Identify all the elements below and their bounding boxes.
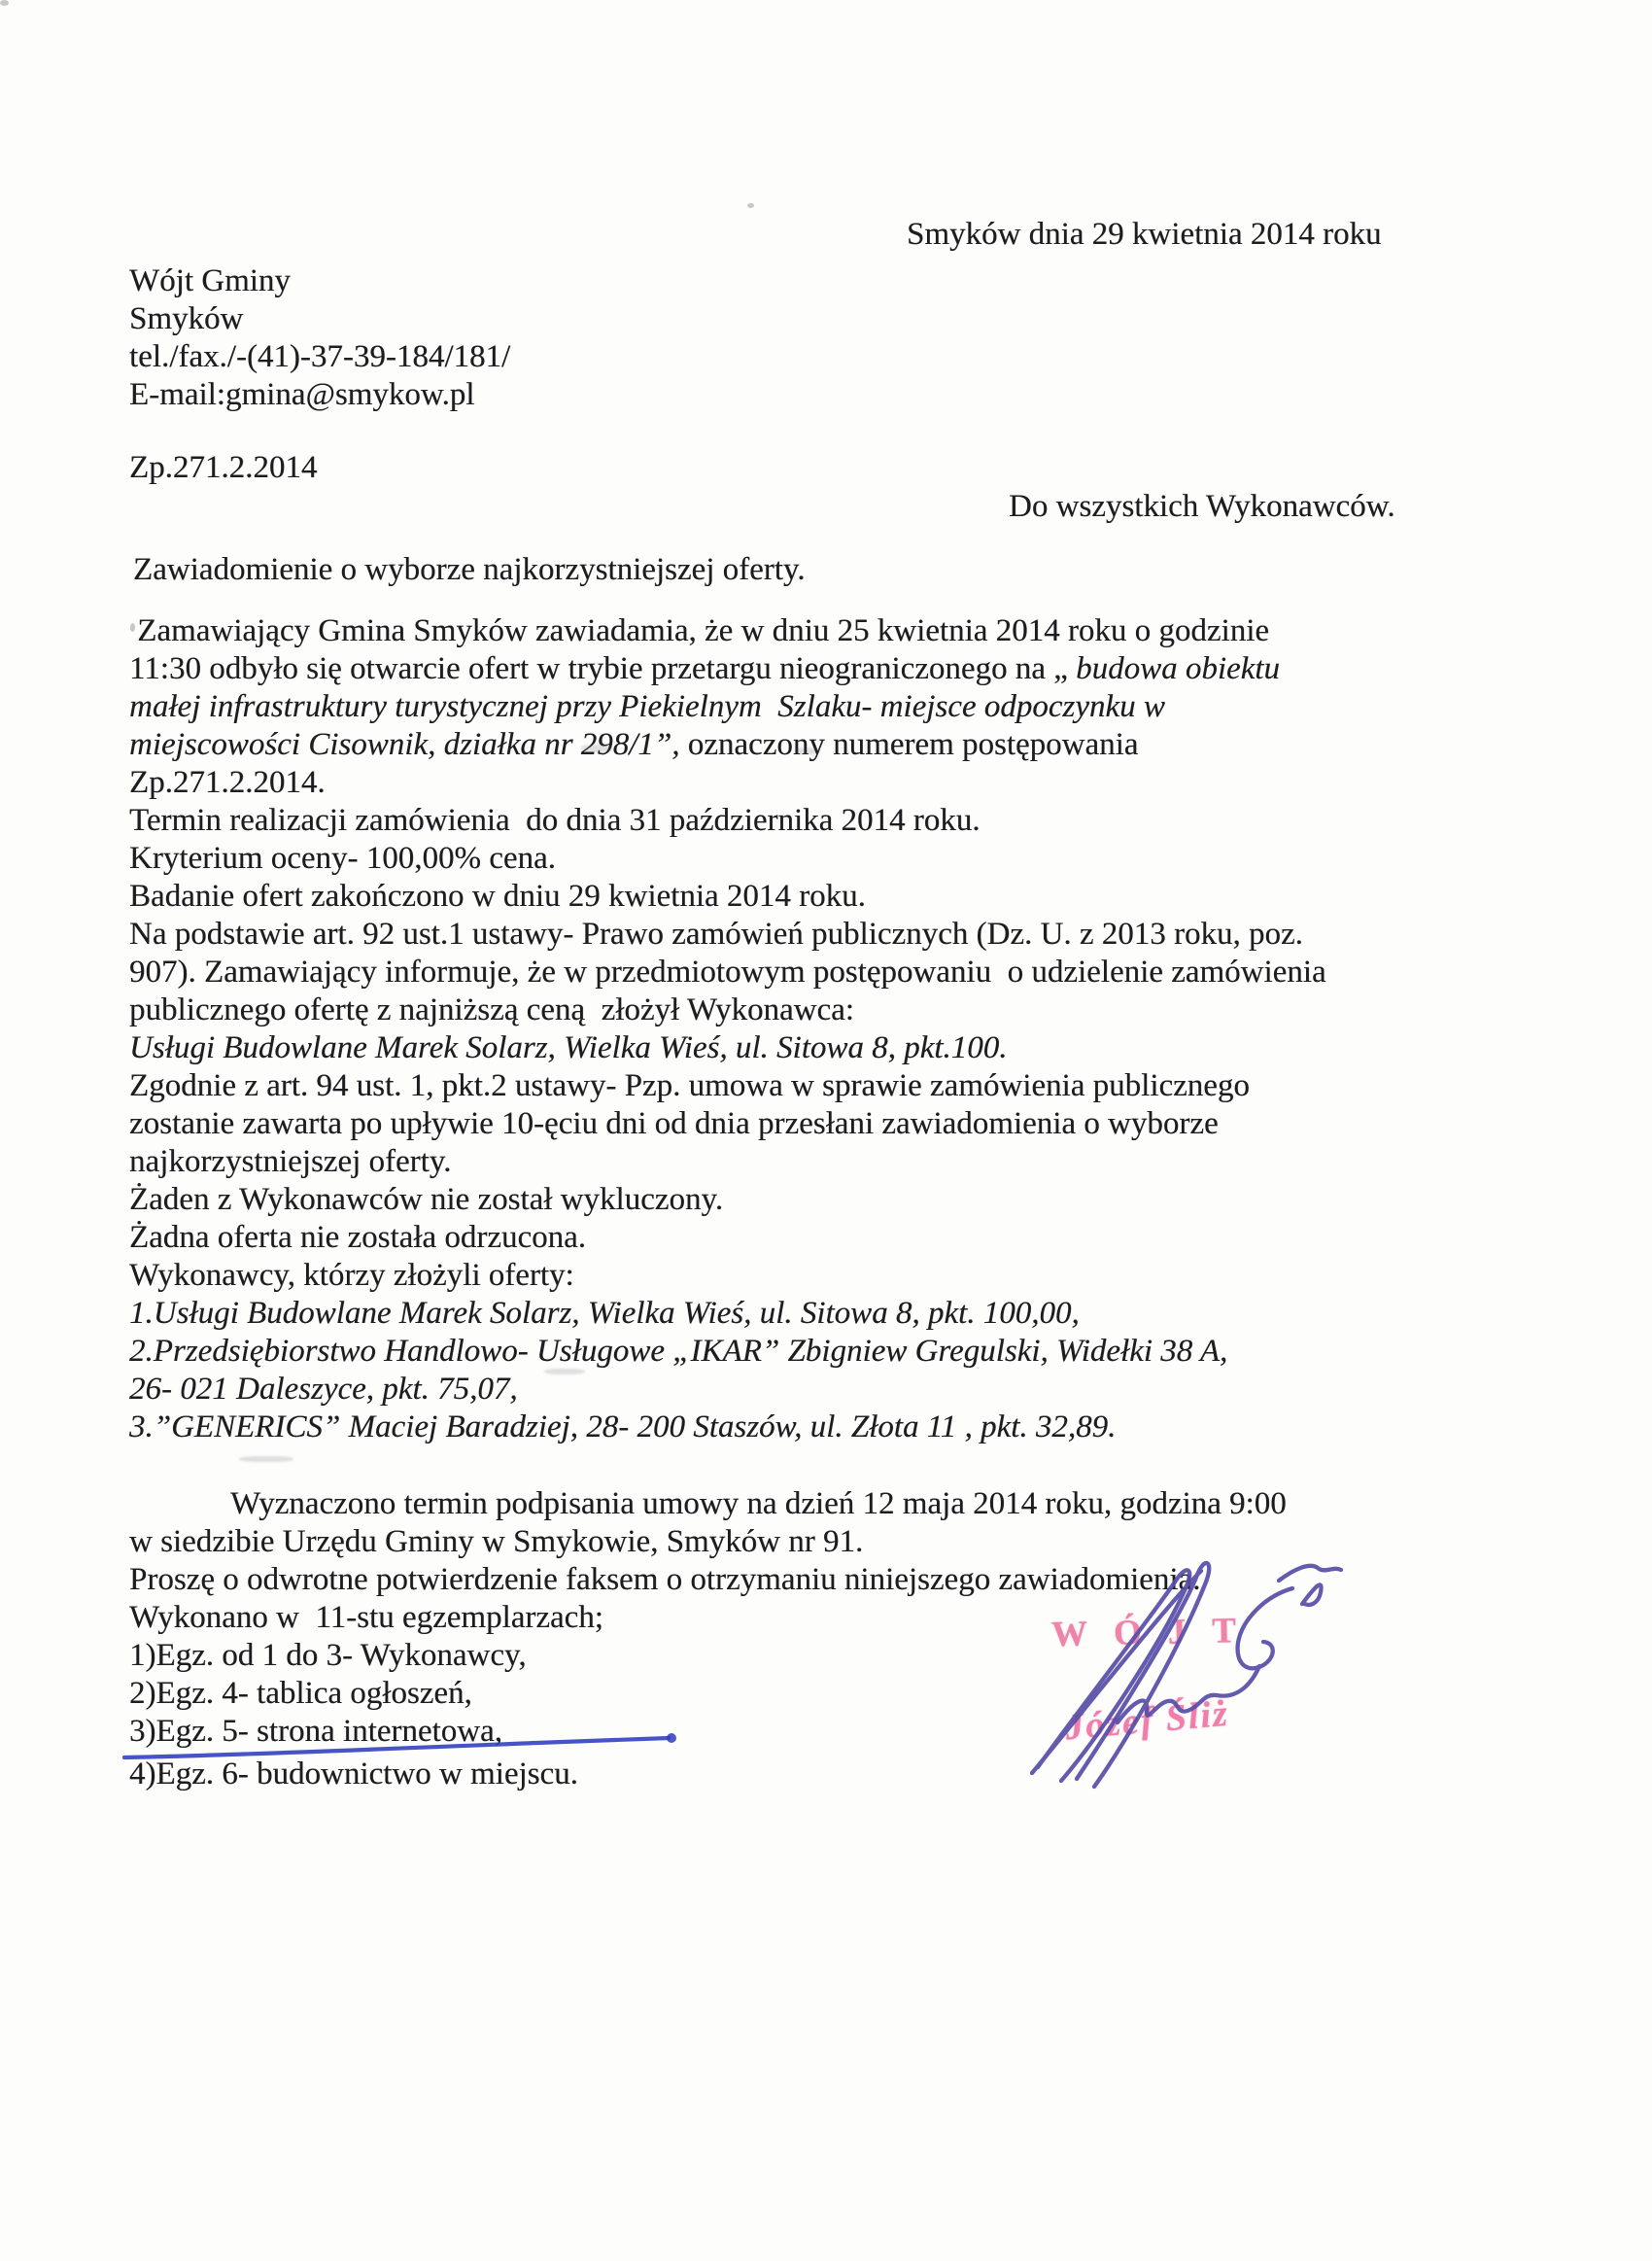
body-line: Usługi Budowlane Marek Solarz, Wielka Wi… — [129, 1029, 1606, 1067]
sender-line: tel./fax./-(41)-37-39-184/181/ — [129, 338, 510, 376]
scan-artifact — [581, 745, 612, 752]
body-line: Termin realizacji zamówienia do dnia 31 … — [129, 802, 1606, 840]
body-line: 907). Zamawiający informuje, że w przedm… — [129, 954, 1606, 991]
sender-block: Wójt Gminy Smyków tel./fax./-(41)-37-39-… — [129, 262, 510, 414]
body-line: 11:30 odbyło się otwarcie ofert w trybie… — [129, 650, 1606, 688]
scan-artifact — [0, 0, 9, 6]
scan-artifact — [130, 623, 135, 632]
scan-artifact — [544, 1369, 585, 1374]
date-line: Smyków dnia 29 kwietnia 2014 roku — [907, 216, 1382, 254]
body-line: Żadna oferta nie została odrzucona. — [129, 1219, 1606, 1257]
body-line: Zamawiający Gmina Smyków zawiadamia, że … — [129, 612, 1606, 650]
sender-line: Smyków — [129, 300, 510, 338]
closing-block: Wyznaczono termin podpisania umowy na dz… — [129, 1485, 1606, 1751]
closing-line: Wykonano w 11-stu egzemplarzach; — [129, 1599, 1606, 1637]
recipient-line: Do wszystkich Wykonawców. — [1009, 488, 1395, 526]
scan-artifact — [747, 203, 754, 208]
body-line: 26- 021 Daleszyce, pkt. 75,07, — [129, 1371, 1606, 1409]
letter-title: Zawiadomienie o wyborze najkorzystniejsz… — [133, 551, 806, 589]
scan-artifact — [239, 1456, 293, 1462]
body-line: Zp.271.2.2014. — [129, 764, 1606, 802]
body-line: miejscowości Cisownik, działka nr 298/1”… — [129, 726, 1606, 764]
closing-line: 2)Egz. 4- tablica ogłoszeń, — [129, 1675, 1606, 1713]
body-line: publicznego ofertę z najniższą ceną złoż… — [129, 991, 1606, 1029]
body-line: Badanie ofert zakończono w dniu 29 kwiet… — [129, 878, 1606, 916]
handwritten-signature — [1001, 1548, 1351, 1800]
body-line: Kryterium oceny- 100,00% cena. — [129, 840, 1606, 878]
body-line: Wykonawcy, którzy złożyli oferty: — [129, 1257, 1606, 1295]
body-line: najkorzystniejszej oferty. — [129, 1143, 1606, 1181]
body-line: Żaden z Wykonawców nie został wykluczony… — [129, 1181, 1606, 1219]
closing-line: Wyznaczono termin podpisania umowy na dz… — [129, 1485, 1606, 1523]
sender-line: Wójt Gminy — [129, 262, 510, 300]
body-line: małej infrastruktury turystycznej przy P… — [129, 688, 1606, 726]
body-line: 1.Usługi Budowlane Marek Solarz, Wielka … — [129, 1295, 1606, 1333]
body-line: Na podstawie art. 92 ust.1 ustawy- Prawo… — [129, 916, 1606, 954]
sender-line: E-mail:gmina@smykow.pl — [129, 376, 510, 414]
body-line: 2.Przedsiębiorstwo Handlowo- Usługowe „I… — [129, 1333, 1606, 1371]
scanned-letter-page: Smyków dnia 29 kwietnia 2014 roku Wójt G… — [0, 0, 1652, 2261]
closing-line: w siedzibie Urzędu Gminy w Smykowie, Smy… — [129, 1523, 1606, 1561]
body-paragraph: Zamawiający Gmina Smyków zawiadamia, że … — [129, 612, 1606, 1446]
body-line: zostanie zawarta po upływie 10-ęciu dni … — [129, 1105, 1606, 1143]
pen-underline — [119, 1730, 692, 1769]
body-line: Zgodnie z art. 94 ust. 1, pkt.2 ustawy- … — [129, 1067, 1606, 1105]
reference-number: Zp.271.2.2014 — [129, 449, 317, 487]
closing-line: 1)Egz. od 1 do 3- Wykonawcy, — [129, 1637, 1606, 1675]
body-line: 3.”GENERICS” Maciej Baradziej, 28- 200 S… — [129, 1409, 1606, 1446]
closing-line: Proszę o odwrotne potwierdzenie faksem o… — [129, 1561, 1606, 1599]
scan-artifact — [795, 748, 820, 754]
